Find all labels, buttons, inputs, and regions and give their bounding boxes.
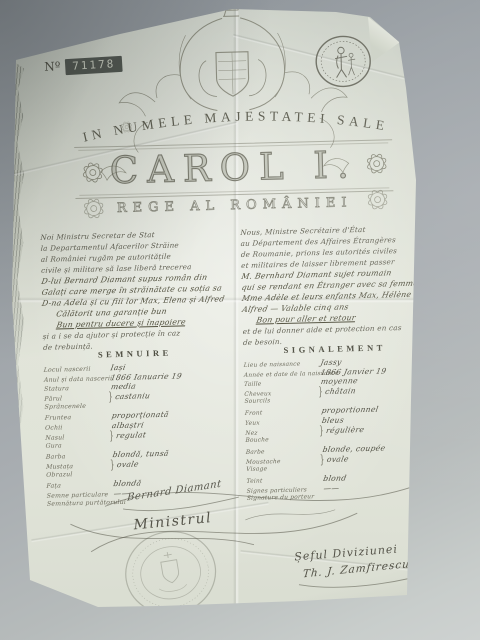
king-name-band: CAROL I. [74,139,393,199]
field-value: ovale [327,454,350,464]
field-label: Signature du porteur [247,494,321,502]
romanian-paragraph: Noi Ministru Secretar de Stat la Departa… [40,227,226,352]
field-label: Mustața [46,462,110,471]
brace: } [319,424,324,438]
field-value: blondă, tunsă [112,449,170,459]
field-value: régulière [326,425,366,435]
field-value: moyenne [320,376,359,386]
brace: } [110,458,115,472]
brace: } [320,453,325,467]
field-value: castaniu [115,391,152,401]
brace: } [108,390,113,404]
signalement-column: Lieu de naissanceJassy Année et date de … [243,355,429,505]
field-label: Nasul [45,433,109,442]
field-label: Semnătura purtătorului [47,499,111,508]
field-value: 1866 Ianuarie 19 [110,371,183,382]
field-value: proportionnel [321,405,379,415]
french-paragraph: Nous, Ministre Secrétaire d'État au Dépa… [240,223,426,348]
svg-text:IN NUMELE MAJESTATEI SALE: IN NUMELE MAJESTATEI SALE [81,105,390,145]
field-label: Gura [45,441,109,450]
field-value: Iași [110,363,127,372]
field-value: bleus [321,416,345,426]
field-value: blonde, coupée [322,444,386,455]
field-label: Obrazul [46,470,110,479]
field-value: blondă [113,479,143,489]
king-name: CAROL I. [74,140,393,196]
field-label: Sprâncenele [44,402,108,411]
field-value: ovale [117,459,140,469]
field-value: Jassy [320,358,343,368]
photo-of-passport-document: Nº 71178 [0,0,480,640]
brace: } [109,429,114,443]
field-label: Bouche [245,436,319,444]
field-value: châtain [325,386,357,396]
field-label: Anul și data nascerii [44,375,108,384]
field-value: —— [323,484,340,493]
field-label: Sourcils [244,397,318,405]
bilingual-text: Noi Ministru Secretar de Stat la Departa… [40,222,427,352]
brace: } [318,385,323,399]
field-label: Visage [246,465,320,473]
field-value: proporționată [111,410,170,420]
field-value: 1866 Janvier 19 [320,366,387,377]
description-fields: Locul nasceriiIași Anul și data nascerii… [44,355,431,510]
field-value: blond [323,474,348,484]
field-value: regulat [116,430,148,440]
ink-round-seal-icon [112,517,230,629]
document-paper: Nº 71178 [0,0,480,640]
field-value: media [110,382,137,392]
field-label: Semne particulare [47,491,111,500]
field-value: albaștri [111,420,144,430]
document-content: Nº 71178 [0,0,480,640]
